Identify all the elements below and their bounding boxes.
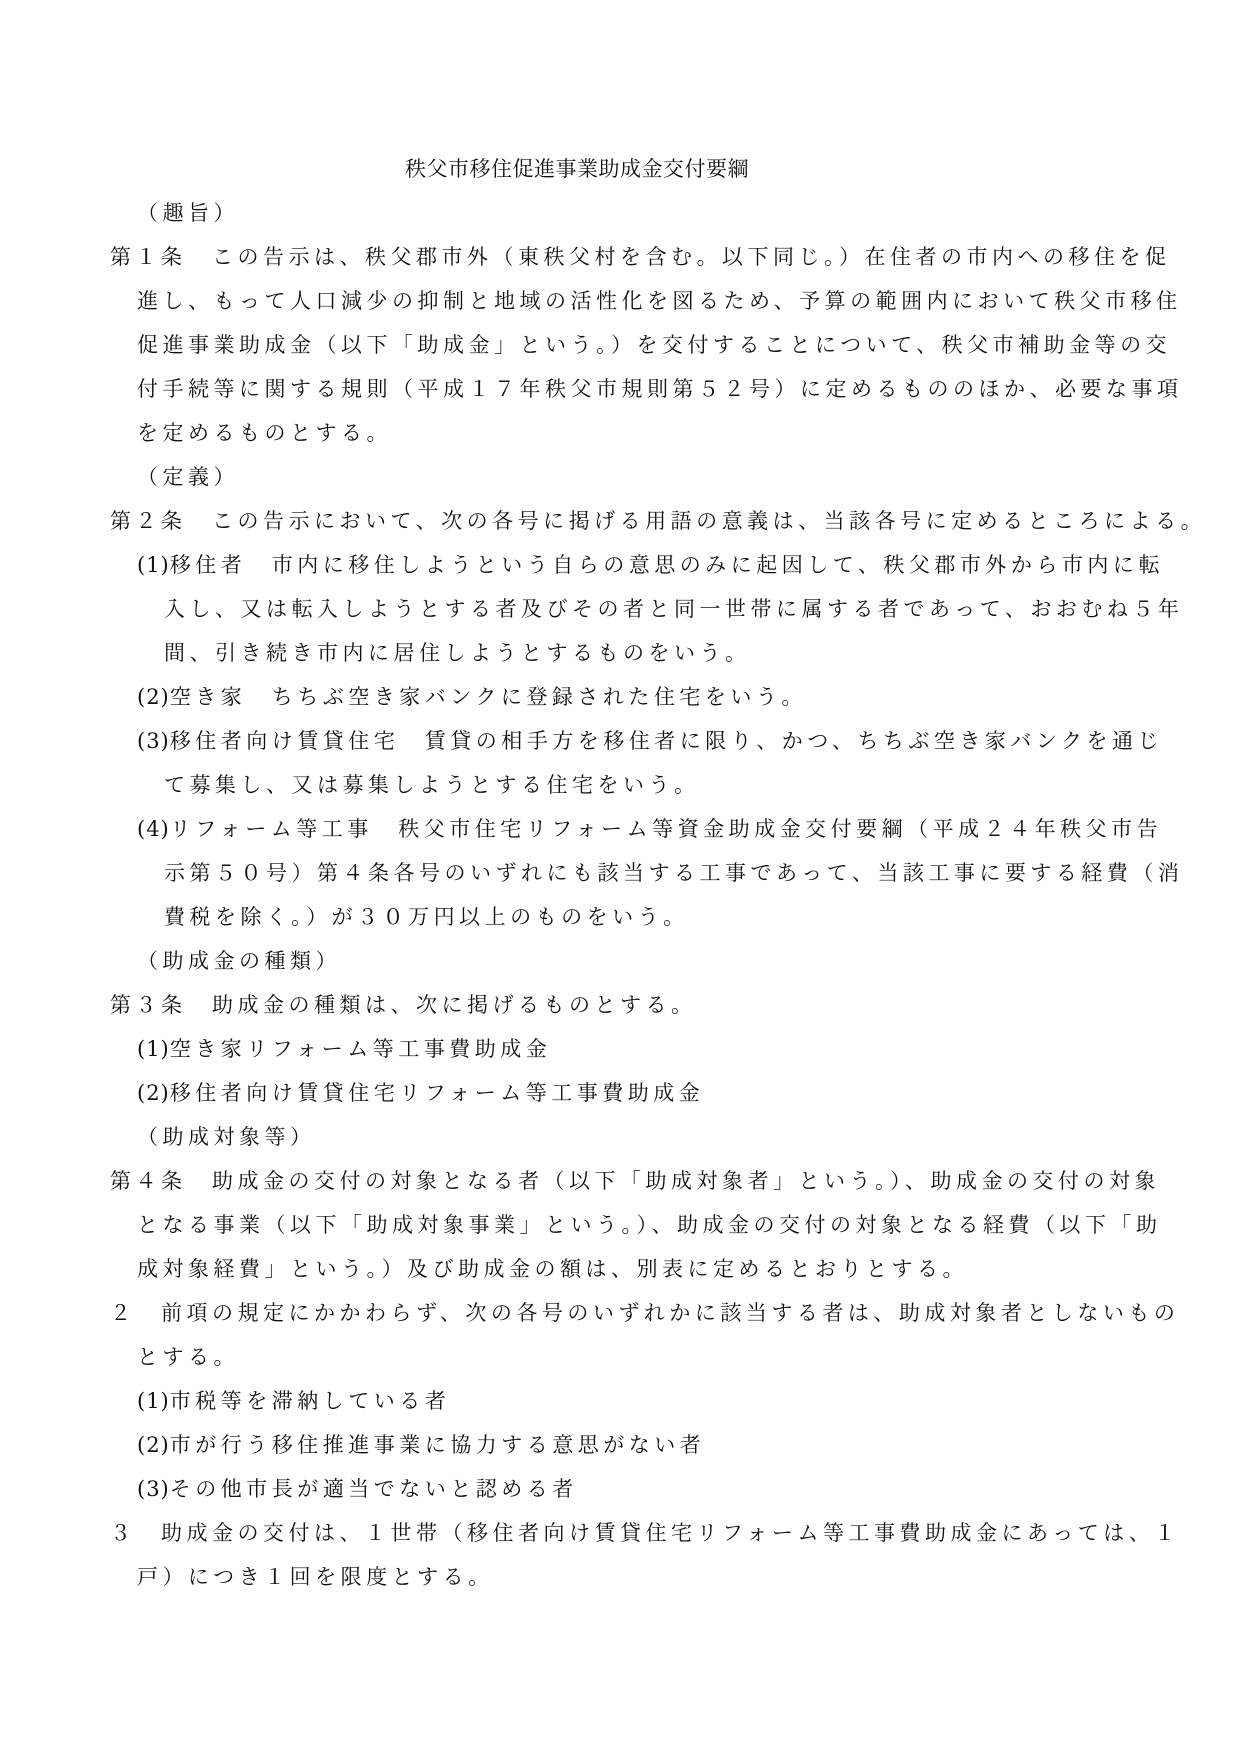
line-text: 戸）につき１回を限度とする。 bbox=[137, 1565, 494, 1589]
document-body: 秩父市移住促進事業助成金交付要綱 （趣旨）第１条 この告示は、秩父郡市外（東秩父… bbox=[110, 147, 1220, 1599]
item-number: (4) bbox=[137, 807, 170, 851]
line-text: 入し、又は転入しようとする者及びその者と同一世帯に属する者であって、おおむね５年 bbox=[164, 597, 1183, 621]
document-line: て募集し、又は募集しようとする住宅をいう。 bbox=[110, 763, 1220, 807]
document-line: (3)移住者向け賃貸住宅 賃貸の相手方を移住者に限り、かつ、ちちぶ空き家バンクを… bbox=[110, 719, 1220, 763]
line-text: 移住者 市内に移住しようという自らの意思のみに起因して、秩父郡市外から市内に転 bbox=[170, 553, 1164, 577]
document-line: 進し、もって人口減少の抑制と地域の活性化を図るため、予算の範囲内において秩父市移… bbox=[110, 279, 1220, 323]
line-text: 空き家 ちちぶ空き家バンクに登録された住宅をいう。 bbox=[170, 685, 807, 709]
document-line: （趣旨） bbox=[110, 191, 1220, 235]
document-line: 促進事業助成金（以下「助成金」という。）を交付することについて、秩父市補助金等の… bbox=[110, 323, 1220, 367]
line-text: 示第５０号）第４条各号のいずれにも該当する工事であって、当該工事に要する経費（消 bbox=[164, 861, 1183, 885]
document-title: 秩父市移住促進事業助成金交付要綱 bbox=[110, 147, 1220, 191]
line-text: 費税を除く。）が３０万円以上のものをいう。 bbox=[164, 905, 689, 929]
line-text: 成対象経費」という。）及び助成金の額は、別表に定めるとおりとする。 bbox=[137, 1257, 968, 1281]
line-text: ２ 前項の規定にかかわらず、次の各号のいずれかに該当する者は、助成対象者としない… bbox=[110, 1301, 1179, 1325]
line-text: リフォーム等工事 秩父市住宅リフォーム等資金助成金交付要綱（平成２４年秩父市告 bbox=[170, 817, 1162, 841]
line-text: 第３条 助成金の種類は、次に掲げるものとする。 bbox=[110, 993, 697, 1017]
document-line: (3)その他市長が適当でないと認める者 bbox=[110, 1467, 1220, 1511]
document-line: 費税を除く。）が３０万円以上のものをいう。 bbox=[110, 895, 1220, 939]
line-text: 促進事業助成金（以下「助成金」という。）を交付することについて、秩父市補助金等の… bbox=[137, 333, 1171, 357]
document-line: 示第５０号）第４条各号のいずれにも該当する工事であって、当該工事に要する経費（消 bbox=[110, 851, 1220, 895]
line-text: （定義） bbox=[137, 465, 239, 489]
line-text: 第２条 この告示において、次の各号に掲げる用語の意義は、当該各号に定めるところに… bbox=[110, 509, 1206, 533]
document-line: （助成対象等） bbox=[110, 1115, 1220, 1159]
line-text: 移住者向け賃貸住宅リフォーム等工事費助成金 bbox=[170, 1081, 704, 1105]
document-line: 間、引き続き市内に居住しようとするものをいう。 bbox=[110, 631, 1220, 675]
line-text: 第１条 この告示は、秩父郡市外（東秩父村を含む。以下同じ。）在住者の市内への移住… bbox=[110, 245, 1171, 269]
document-line: 戸）につき１回を限度とする。 bbox=[110, 1555, 1220, 1599]
item-number: (1) bbox=[137, 1379, 170, 1423]
document-line: 第３条 助成金の種類は、次に掲げるものとする。 bbox=[110, 983, 1220, 1027]
document-page: 秩父市移住促進事業助成金交付要綱 （趣旨）第１条 この告示は、秩父郡市外（東秩父… bbox=[0, 0, 1241, 1754]
document-line: (1)空き家リフォーム等工事費助成金 bbox=[110, 1027, 1220, 1071]
item-number: (3) bbox=[137, 719, 170, 763]
line-text: その他市長が適当でないと認める者 bbox=[170, 1477, 578, 1501]
line-text: 移住者向け賃貸住宅 賃貸の相手方を移住者に限り、かつ、ちちぶ空き家バンクを通じ bbox=[170, 729, 1163, 753]
line-text: 第４条 助成金の交付の対象となる者（以下「助成対象者」という。）、助成金の交付の… bbox=[110, 1169, 1160, 1193]
line-text: 市税等を滞納している者 bbox=[170, 1389, 451, 1413]
item-number: (2) bbox=[137, 1423, 170, 1467]
line-text: を定めるものとする。 bbox=[137, 421, 392, 445]
line-text: 進し、もって人口減少の抑制と地域の活性化を図るため、予算の範囲内において秩父市移… bbox=[137, 289, 1182, 313]
line-text: て募集し、又は募集しようとする住宅をいう。 bbox=[164, 773, 700, 797]
line-text: となる事業（以下「助成対象事業」という。）、助成金の交付の対象となる経費（以下「… bbox=[137, 1213, 1162, 1237]
line-text: 付手続等に関する規則（平成１７年秩父市規則第５２号）に定めるもののほか、必要な事… bbox=[137, 377, 1183, 401]
document-line: 付手続等に関する規則（平成１７年秩父市規則第５２号）に定めるもののほか、必要な事… bbox=[110, 367, 1220, 411]
line-text: （助成金の種類） bbox=[137, 949, 341, 973]
document-line: とする。 bbox=[110, 1335, 1220, 1379]
line-text: 空き家リフォーム等工事費助成金 bbox=[170, 1037, 551, 1061]
document-line: ２ 前項の規定にかかわらず、次の各号のいずれかに該当する者は、助成対象者としない… bbox=[110, 1291, 1220, 1335]
document-line: を定めるものとする。 bbox=[110, 411, 1220, 455]
document-line: (2)移住者向け賃貸住宅リフォーム等工事費助成金 bbox=[110, 1071, 1220, 1115]
document-line: 成対象経費」という。）及び助成金の額は、別表に定めるとおりとする。 bbox=[110, 1247, 1220, 1291]
document-line: (2)空き家 ちちぶ空き家バンクに登録された住宅をいう。 bbox=[110, 675, 1220, 719]
line-text: ３ 助成金の交付は、１世帯（移住者向け賃貸住宅リフォーム等工事費助成金にあっては… bbox=[110, 1521, 1180, 1545]
line-text: とする。 bbox=[137, 1345, 239, 1369]
document-line: （定義） bbox=[110, 455, 1220, 499]
document-line: (1)市税等を滞納している者 bbox=[110, 1379, 1220, 1423]
item-number: (1) bbox=[137, 543, 170, 587]
item-number: (3) bbox=[137, 1467, 170, 1511]
document-line: （助成金の種類） bbox=[110, 939, 1220, 983]
item-number: (2) bbox=[137, 1071, 170, 1115]
document-line: 第２条 この告示において、次の各号に掲げる用語の意義は、当該各号に定めるところに… bbox=[110, 499, 1220, 543]
document-line: となる事業（以下「助成対象事業」という。）、助成金の交付の対象となる経費（以下「… bbox=[110, 1203, 1220, 1247]
document-line: (1)移住者 市内に移住しようという自らの意思のみに起因して、秩父郡市外から市内… bbox=[110, 543, 1220, 587]
line-text: 市が行う移住推進事業に協力する意思がない者 bbox=[170, 1433, 706, 1457]
document-line: 入し、又は転入しようとする者及びその者と同一世帯に属する者であって、おおむね５年 bbox=[110, 587, 1220, 631]
document-line: (4)リフォーム等工事 秩父市住宅リフォーム等資金助成金交付要綱（平成２４年秩父… bbox=[110, 807, 1220, 851]
document-line: ３ 助成金の交付は、１世帯（移住者向け賃貸住宅リフォーム等工事費助成金にあっては… bbox=[110, 1511, 1220, 1555]
line-text: 間、引き続き市内に居住しようとするものをいう。 bbox=[164, 641, 751, 665]
line-text: （趣旨） bbox=[137, 201, 239, 225]
document-line: (2)市が行う移住推進事業に協力する意思がない者 bbox=[110, 1423, 1220, 1467]
item-number: (1) bbox=[137, 1027, 170, 1071]
document-line: 第４条 助成金の交付の対象となる者（以下「助成対象者」という。）、助成金の交付の… bbox=[110, 1159, 1220, 1203]
line-text: （助成対象等） bbox=[137, 1125, 316, 1149]
document-line: 第１条 この告示は、秩父郡市外（東秩父村を含む。以下同じ。）在住者の市内への移住… bbox=[110, 235, 1220, 279]
item-number: (2) bbox=[137, 675, 170, 719]
